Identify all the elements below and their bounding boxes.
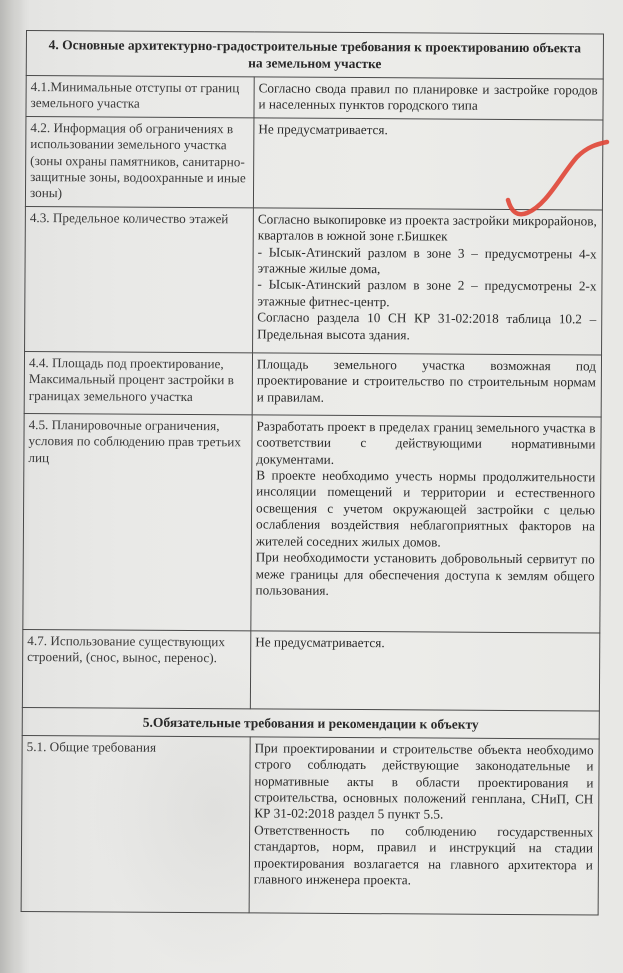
section-4-header-row: 4. Основные архитектурно-градостроительн… bbox=[26, 31, 603, 80]
value-paragraph: Разработать проект в пределах границ зем… bbox=[256, 418, 595, 469]
value-paragraph: Не предусматривается. bbox=[255, 634, 594, 652]
row-value: Площадь земельного участка возможная под… bbox=[252, 353, 601, 417]
row-label: 4.3. Предельное количество этажей bbox=[25, 206, 254, 352]
table-row: 4.1.Минимальные отступы от границ земель… bbox=[26, 76, 603, 120]
row-value: Согласно выкопировке из проекта застройк… bbox=[253, 208, 603, 355]
section-5-title: 5.Обязательные требования и рекомендации… bbox=[22, 707, 599, 739]
section-5-header-row: 5.Обязательные требования и рекомендации… bbox=[22, 707, 599, 739]
value-paragraph: - Ысык-Атинский разлом в зоне 2 – предус… bbox=[257, 277, 596, 312]
table-row: 4.7. Использование существующих строений… bbox=[22, 629, 599, 711]
row-label: 5.1. Общие требования bbox=[21, 735, 250, 912]
row-value: Не предусматривается. bbox=[253, 118, 603, 210]
table-row: 4.2. Информация об ограничениях в исполь… bbox=[25, 116, 603, 210]
value-paragraph: Не предусматривается. bbox=[258, 121, 597, 139]
requirements-table: 4. Основные архитектурно-градостроительн… bbox=[21, 30, 604, 915]
row-value: Согласно свода правил по планировке и за… bbox=[254, 77, 603, 120]
row-label: 4.5. Планировочные ограничения, условия … bbox=[23, 413, 252, 630]
value-paragraph: Согласно раздела 10 СН КР 31-02:2018 таб… bbox=[257, 310, 596, 345]
row-value: Разработать проект в пределах границ зем… bbox=[251, 415, 601, 633]
row-label: 4.1.Минимальные отступы от границ земель… bbox=[26, 76, 254, 118]
row-value: При проектировании и строительстве объек… bbox=[249, 737, 599, 915]
row-label: 4.4. Площадь под проектирование, Максима… bbox=[24, 351, 252, 414]
value-paragraph: В проекте необходимо учесть нормы продол… bbox=[256, 467, 595, 551]
value-paragraph: Согласно свода правил по планировке и за… bbox=[258, 80, 597, 115]
value-paragraph: При необходимости установить добровольны… bbox=[256, 550, 595, 601]
value-paragraph: Площадь земельного участка возможная под… bbox=[257, 356, 596, 407]
value-paragraph: Ответственность по соблюдению государств… bbox=[254, 822, 593, 890]
value-paragraph: Согласно выкопировке из проекта застройк… bbox=[258, 211, 597, 246]
table-row: 4.5. Планировочные ограничения, условия … bbox=[23, 413, 601, 633]
section-4-title: 4. Основные архитектурно-градостроительн… bbox=[26, 31, 603, 80]
value-paragraph: При проектировании и строительстве объек… bbox=[254, 740, 593, 824]
table-row: 5.1. Общие требования При проектировании… bbox=[21, 735, 599, 915]
row-value: Не предусматривается. bbox=[250, 631, 599, 711]
table-row: 4.3. Предельное количество этажей Соглас… bbox=[25, 206, 603, 355]
row-label: 4.7. Использование существующих строений… bbox=[22, 629, 250, 708]
row-label: 4.2. Информация об ограничениях в исполь… bbox=[25, 116, 254, 207]
value-paragraph: - Ысык-Атинский разлом в зоне 3 – предус… bbox=[257, 244, 596, 279]
table-row: 4.4. Площадь под проектирование, Максима… bbox=[24, 351, 601, 417]
